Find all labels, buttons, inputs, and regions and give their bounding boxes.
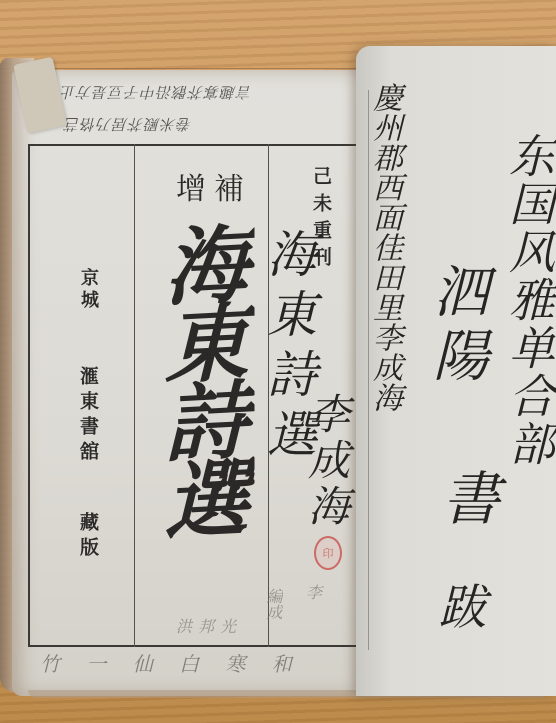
publisher-place: 京城 — [75, 268, 101, 312]
pencil-note-3: 編成 — [262, 588, 285, 620]
publisher-name: 滙東書舘 — [75, 366, 102, 466]
top-handwritten-note-2: 卷米殿芥居乃恪芑 — [64, 114, 192, 135]
pencil-note-1: 洪邦光 — [176, 614, 242, 637]
seal-text: 印 — [323, 545, 334, 561]
right-page-postscript: 跋 — [424, 582, 493, 630]
subtitle-zengbu: 增補 — [176, 164, 252, 208]
right-page-signature: 書 — [424, 468, 508, 526]
right-left-column-handwriting: 慶州郡西面佳田里李成海 — [368, 82, 400, 412]
right-page-subtitle: 泗陽 — [416, 262, 496, 390]
bottom-pencil-note: 竹 一 仙 白 寒 和 — [40, 648, 302, 677]
printed-title: 海東詩選 — [150, 219, 250, 536]
red-seal-stamp: 印 — [314, 536, 342, 570]
column-divider-left — [134, 144, 135, 647]
right-page-title: 东国风雅单合部 — [496, 132, 556, 468]
publisher-suffix: 藏版 — [75, 512, 102, 562]
top-rule-line — [52, 144, 358, 145]
top-handwritten-note-1: 言趣寡芥骸沿中子豆是方止 — [60, 82, 252, 103]
pencil-note-2: 李 — [306, 580, 322, 603]
handwritten-author: 李成海 — [296, 392, 356, 530]
